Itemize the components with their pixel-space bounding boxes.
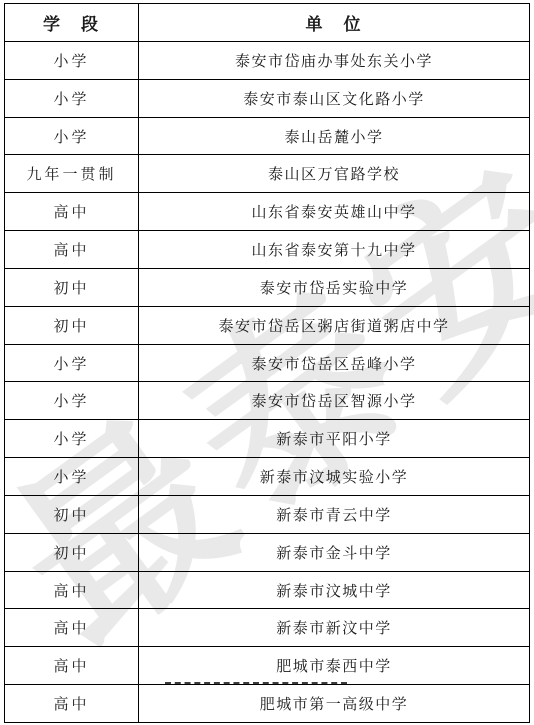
stage-cell: 小学 [5,42,139,80]
table-row: 高中 肥城市第一高级中学 [5,685,530,723]
table-row: 九年一贯制 泰山区万官路学校 [5,155,530,193]
table-row: 小学 泰安市泰山区文化路小学 [5,79,530,117]
school-list-table-container: 学 段 单 位 小学 泰安市岱庙办事处东关小学 小学 泰安市泰山区文化路小学 [4,3,529,723]
stage-cell: 小学 [5,79,139,117]
stage-cell: 小学 [5,458,139,496]
header-stage: 学 段 [5,4,139,42]
unit-cell: 泰安市岱岳区智源小学 [139,382,530,420]
stage-cell: 高中 [5,193,139,231]
table-row: 小学 泰山岳麓小学 [5,117,530,155]
unit-cell: 山东省泰安英雄山中学 [139,193,530,231]
stage-cell: 小学 [5,382,139,420]
stage-cell: 初中 [5,495,139,533]
unit-cell: 肥城市第一高级中学 [139,685,530,723]
table-row: 高中 新泰市新汶中学 [5,609,530,647]
table-row: 初中 新泰市金斗中学 [5,533,530,571]
unit-cell: 山东省泰安第十九中学 [139,231,530,269]
page: 最泰安 学 段 单 位 小学 泰安市岱庙办事处东关小学 [0,0,534,725]
unit-cell: 新泰市青云中学 [139,495,530,533]
unit-cell: 新泰市金斗中学 [139,533,530,571]
dashed-line-artifact [165,682,347,684]
header-row: 学 段 单 位 [5,4,530,42]
stage-cell: 高中 [5,647,139,685]
stage-cell: 高中 [5,685,139,723]
table-row: 小学 新泰市平阳小学 [5,420,530,458]
stage-cell: 小学 [5,344,139,382]
stage-cell: 九年一贯制 [5,155,139,193]
table-row: 初中 泰安市岱岳区粥店街道粥店中学 [5,306,530,344]
stage-cell: 初中 [5,268,139,306]
unit-cell: 新泰市新汶中学 [139,609,530,647]
stage-cell: 小学 [5,117,139,155]
unit-cell: 新泰市汶城中学 [139,571,530,609]
unit-cell: 泰安市岱岳区岳峰小学 [139,344,530,382]
table-row: 高中 新泰市汶城中学 [5,571,530,609]
table-row: 初中 泰安市岱岳实验中学 [5,268,530,306]
table-row: 高中 山东省泰安第十九中学 [5,231,530,269]
stage-cell: 小学 [5,420,139,458]
table-row: 小学 泰安市岱岳区岳峰小学 [5,344,530,382]
table-header: 学 段 单 位 [5,4,530,42]
table-row: 小学 新泰市汶城实验小学 [5,458,530,496]
table-row: 高中 肥城市泰西中学 [5,647,530,685]
table-row: 小学 泰安市岱庙办事处东关小学 [5,42,530,80]
table-body: 小学 泰安市岱庙办事处东关小学 小学 泰安市泰山区文化路小学 小学 泰山岳麓小学 [5,42,530,723]
table-row: 小学 泰安市岱岳区智源小学 [5,382,530,420]
table-row: 高中 山东省泰安英雄山中学 [5,193,530,231]
unit-cell: 泰山区万官路学校 [139,155,530,193]
stage-cell: 高中 [5,571,139,609]
unit-cell: 泰安市岱岳实验中学 [139,268,530,306]
unit-cell: 新泰市汶城实验小学 [139,458,530,496]
unit-cell: 泰安市岱庙办事处东关小学 [139,42,530,80]
stage-cell: 高中 [5,609,139,647]
school-list-table: 学 段 单 位 小学 泰安市岱庙办事处东关小学 小学 泰安市泰山区文化路小学 [4,3,530,723]
unit-cell: 新泰市平阳小学 [139,420,530,458]
unit-cell: 泰山岳麓小学 [139,117,530,155]
header-unit: 单 位 [139,4,530,42]
stage-cell: 高中 [5,231,139,269]
stage-cell: 初中 [5,306,139,344]
stage-cell: 初中 [5,533,139,571]
unit-cell: 泰安市岱岳区粥店街道粥店中学 [139,306,530,344]
unit-cell: 肥城市泰西中学 [139,647,530,685]
unit-cell: 泰安市泰山区文化路小学 [139,79,530,117]
table-row: 初中 新泰市青云中学 [5,495,530,533]
